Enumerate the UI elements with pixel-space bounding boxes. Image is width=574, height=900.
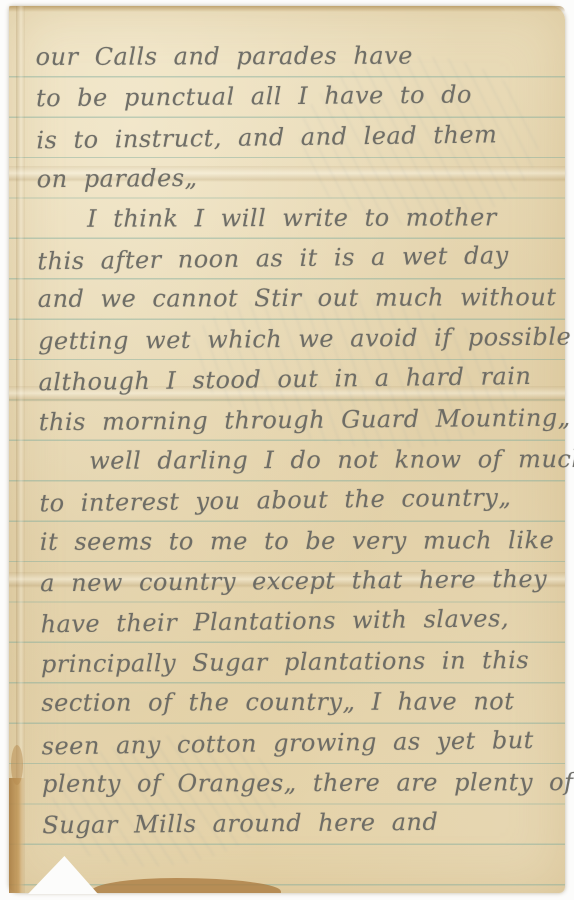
letter-line: and we cannot Stir out much without [38,277,556,319]
letter-line: getting wet which we avoid if possible [38,316,556,361]
letter-line: a new country except that here they [40,559,558,604]
letter-line: our Calls and parades have [36,35,554,77]
letter-line: on parades„ [37,155,555,200]
letter-line: to interest you about the country„ [39,477,557,524]
letter-line: principally Sugar plantations in this [41,640,559,685]
stain-spot [11,745,23,785]
letter-line: to be punctual all I have to do [36,74,554,119]
stain-bottom-edge [91,878,281,893]
letter-line: well darling I do not know of much [39,439,557,481]
letter-line: this morning through Guard Mounting„ [39,397,557,442]
letter-line: this after noon as it is a wet day [37,235,555,282]
letter-line: plenty of Oranges„ there are plenty of [42,762,560,804]
torn-corner-notch [28,856,98,894]
letter-line: have their Plantations with slaves, [40,598,558,645]
tape-stain-left-edge [9,778,25,893]
letter-page: our Calls and parades have to be punctua… [9,6,565,893]
letter-scan: our Calls and parades have to be punctua… [0,0,574,900]
letter-line: I think I will write to mother [37,197,555,239]
letter-line: is to instruct, and and lead them [36,113,554,160]
handwritten-text: our Calls and parades have to be punctua… [35,34,560,846]
letter-line: seen any cotton growing as yet but [41,719,559,766]
letter-line: it seems to me to be very much like [40,520,558,562]
letter-line: Sugar Mills around here and [42,801,560,846]
letter-line: although I stood out in a hard rain [38,356,556,403]
letter-line: section of the country„ I have not [41,681,559,723]
paper-top-edge [9,6,565,12]
